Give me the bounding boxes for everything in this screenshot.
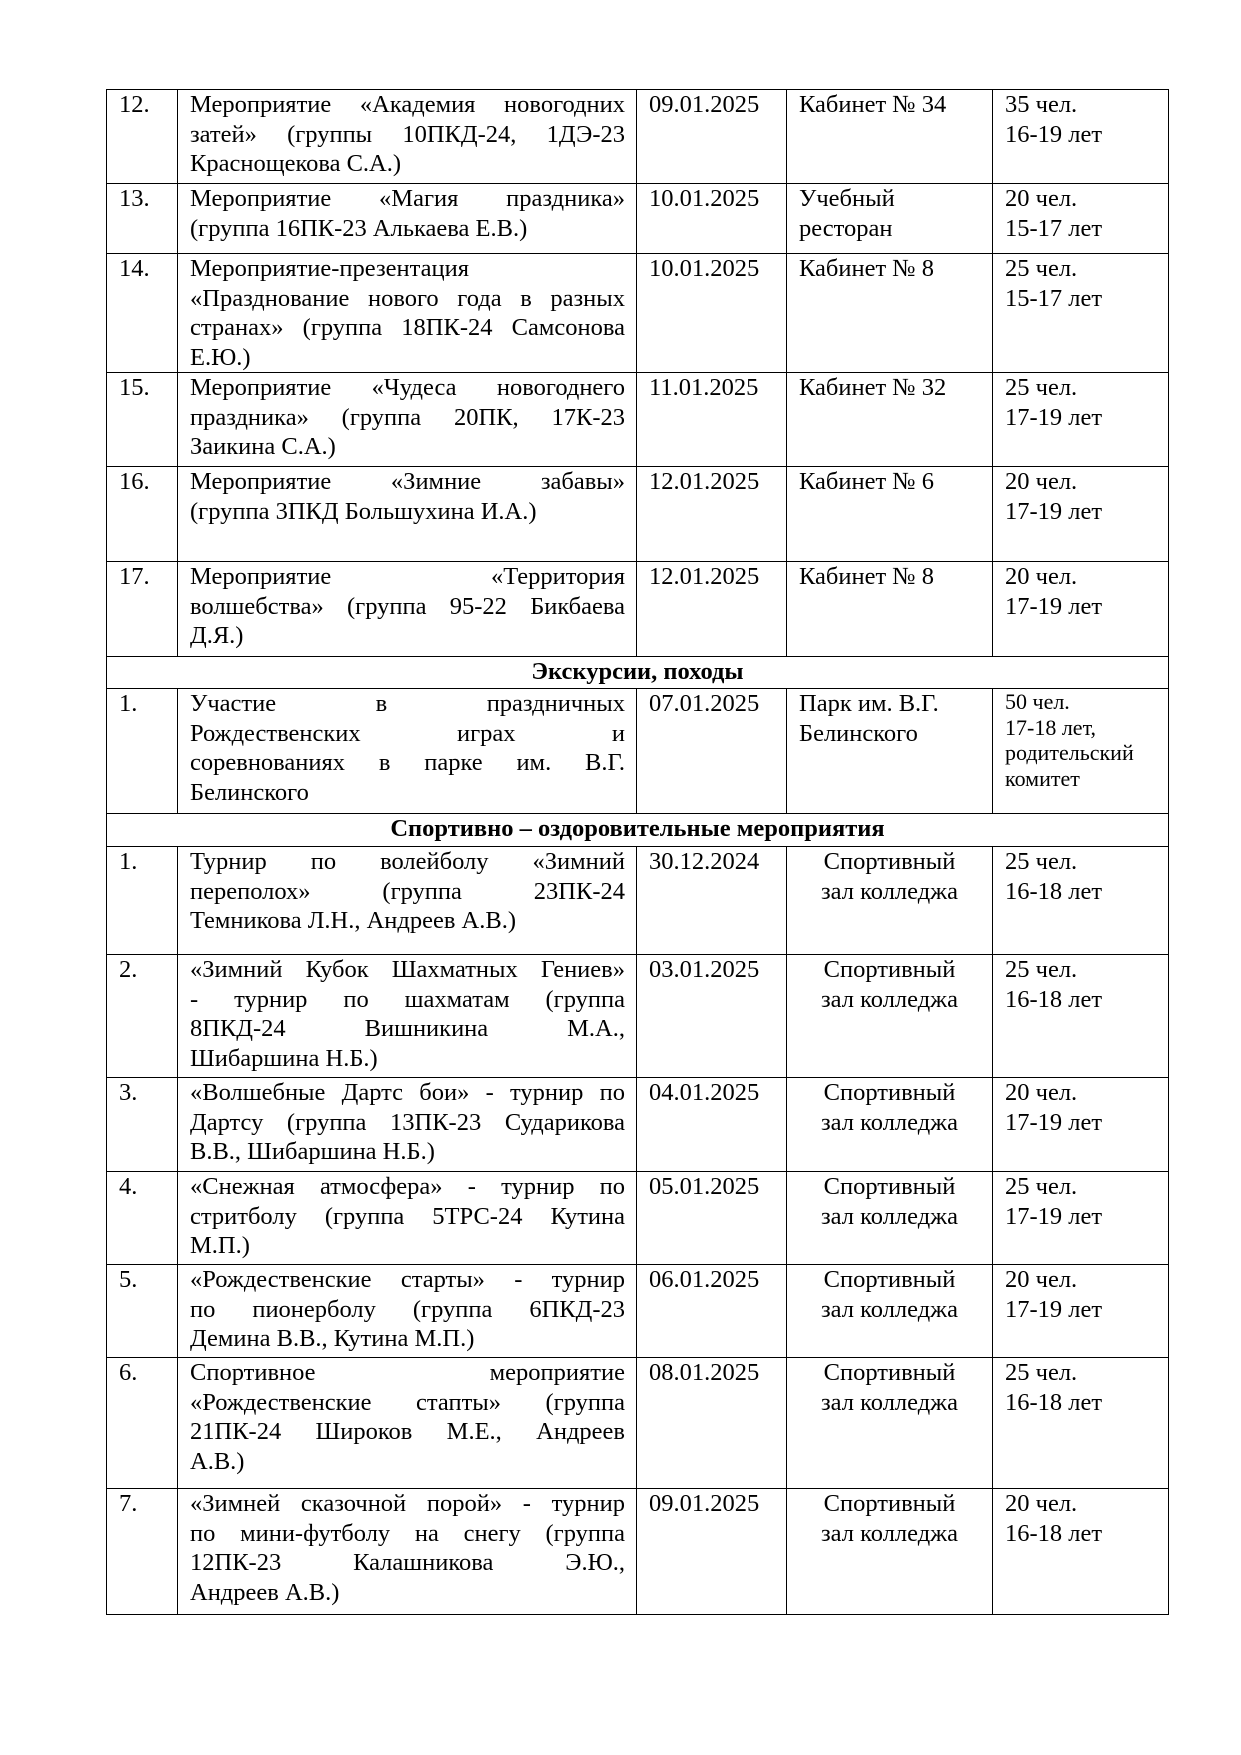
event-participants-line: 25 чел. [1005, 847, 1157, 877]
event-participants-line: 15-17 лет [1005, 284, 1157, 314]
event-participants-line: 25 чел. [1005, 1172, 1157, 1202]
event-participants-line: комитет [1005, 766, 1157, 792]
event-participants-line: 16-18 лет [1005, 985, 1157, 1015]
event-name-line: Заикина С.А.) [190, 432, 625, 462]
table-row: 4.«Снежная атмосфера» - турнир постритбо… [107, 1172, 1169, 1265]
event-place: Кабинет № 34 [787, 90, 993, 184]
event-participants-line: 17-18 лет, [1005, 715, 1157, 741]
event-name-line: Шибаршина Н.Б.) [190, 1044, 625, 1074]
event-participants: 20 чел.17-19 лет [993, 562, 1169, 657]
event-name-line: Спортивное мероприятие [190, 1358, 625, 1388]
event-name-line: Рождественских играх и [190, 719, 625, 749]
event-name-line: Участие в праздничных [190, 689, 625, 719]
event-name-line: А.В.) [190, 1447, 625, 1477]
event-date: 05.01.2025 [637, 1172, 787, 1265]
event-name: Турнир по волейболу «Зимнийпереполох» (г… [178, 847, 637, 955]
event-name-line: затей» (группы 10ПКД-24, 1ДЭ-23 [190, 120, 625, 150]
event-participants-line: 16-18 лет [1005, 877, 1157, 907]
row-number: 3. [107, 1078, 178, 1172]
event-name-line: 21ПК-24 Широков М.Е., Андреев [190, 1417, 625, 1447]
event-name: Участие в праздничныхРождественских игра… [178, 689, 637, 814]
event-name-line: (группа 16ПК-23 Алькаева Е.В.) [190, 214, 625, 244]
event-name-line: Мероприятие «Академия новогодних [190, 90, 625, 120]
event-name-line: по мини-футболу на снегу (группа [190, 1519, 625, 1549]
event-name-line: Темникова Л.Н., Андреев А.В.) [190, 906, 625, 936]
row-number: 15. [107, 373, 178, 467]
event-place-line: зал колледжа [791, 1202, 988, 1232]
event-participants-line: 20 чел. [1005, 467, 1157, 497]
event-place-line: Кабинет № 32 [799, 373, 981, 403]
row-number: 17. [107, 562, 178, 657]
event-name-line: 12ПК-23 Калашникова Э.Ю., [190, 1548, 625, 1578]
event-place: Спортивныйзал колледжа [787, 955, 993, 1078]
event-participants-line: 25 чел. [1005, 1358, 1157, 1388]
event-name-line: Краснощекова С.А.) [190, 149, 625, 179]
event-name: Мероприятие «Академия новогоднихзатей» (… [178, 90, 637, 184]
event-participants-line: 17-19 лет [1005, 1202, 1157, 1232]
event-participants: 25 чел.17-19 лет [993, 373, 1169, 467]
event-place-line: зал колледжа [791, 1519, 988, 1549]
event-name: Мероприятие «Чудеса новогоднегопраздника… [178, 373, 637, 467]
event-date: 06.01.2025 [637, 1265, 787, 1358]
event-name-line: Мероприятие «Магия праздника» [190, 184, 625, 214]
event-date: 12.01.2025 [637, 467, 787, 562]
event-name: «Зимний Кубок Шахматных Гениев»- турнир … [178, 955, 637, 1078]
event-date: 09.01.2025 [637, 90, 787, 184]
event-place: Спортивныйзал колледжа [787, 1078, 993, 1172]
event-place: Кабинет № 6 [787, 467, 993, 562]
section-title: Спортивно – оздоровительные мероприятия [107, 814, 1169, 847]
event-name-line: праздника» (группа 20ПК, 17К-23 [190, 403, 625, 433]
event-name: «Рождественские старты» - турнирпо пионе… [178, 1265, 637, 1358]
event-participants-line: 17-19 лет [1005, 592, 1157, 622]
event-name-line: Е.Ю.) [190, 343, 625, 373]
event-date: 10.01.2025 [637, 184, 787, 254]
event-participants: 25 чел.16-18 лет [993, 847, 1169, 955]
event-name-line: Дартсу (группа 13ПК-23 Сударикова [190, 1108, 625, 1138]
event-place-line: Спортивный [791, 847, 988, 877]
table-row: 12.Мероприятие «Академия новогоднихзатей… [107, 90, 1169, 184]
event-name-line: Белинского [190, 778, 625, 808]
section-title: Экскурсии, походы [107, 657, 1169, 689]
event-name-line: - турнир по шахматам (группа [190, 985, 625, 1015]
event-place-line: Кабинет № 34 [799, 90, 981, 120]
event-place-line: Кабинет № 8 [799, 254, 981, 284]
event-name-line: «Снежная атмосфера» - турнир по [190, 1172, 625, 1202]
event-date: 03.01.2025 [637, 955, 787, 1078]
event-name: «Зимней сказочной порой» - турнирпо мини… [178, 1489, 637, 1615]
event-name-line: Д.Я.) [190, 621, 625, 651]
event-participants: 50 чел.17-18 лет,родительскийкомитет [993, 689, 1169, 814]
table-row: 5.«Рождественские старты» - турнирпо пио… [107, 1265, 1169, 1358]
event-place-line: Кабинет № 6 [799, 467, 981, 497]
event-place-line: Спортивный [791, 1078, 988, 1108]
event-name-line: «Волшебные Дартс бои» - турнир по [190, 1078, 625, 1108]
event-place: Парк им. В.Г.Белинского [787, 689, 993, 814]
event-place: Кабинет № 8 [787, 562, 993, 657]
event-place-line: Спортивный [791, 955, 988, 985]
event-participants-line: 50 чел. [1005, 689, 1157, 715]
event-place-line: Кабинет № 8 [799, 562, 981, 592]
event-place-line: Спортивный [791, 1265, 988, 1295]
row-number: 16. [107, 467, 178, 562]
event-name-line: «Празднование нового года в разных [190, 284, 625, 314]
event-date: 09.01.2025 [637, 1489, 787, 1615]
table-row: 15.Мероприятие «Чудеса новогоднегопраздн… [107, 373, 1169, 467]
event-name: «Снежная атмосфера» - турнир постритболу… [178, 1172, 637, 1265]
event-name-line: переполох» (группа 23ПК-24 [190, 877, 625, 907]
event-name-line: по пионерболу (группа 6ПКД-23 [190, 1295, 625, 1325]
events-table-body: 12.Мероприятие «Академия новогоднихзатей… [107, 90, 1169, 1615]
event-place: Спортивныйзал колледжа [787, 847, 993, 955]
event-participants-line: 20 чел. [1005, 562, 1157, 592]
event-participants-line: 25 чел. [1005, 254, 1157, 284]
event-participants: 25 чел.15-17 лет [993, 254, 1169, 373]
event-name: Спортивное мероприятие«Рождественские ст… [178, 1358, 637, 1489]
event-name-line: странах» (группа 18ПК-24 Самсонова [190, 313, 625, 343]
event-name-line: 8ПКД-24 Вишникина М.А., [190, 1014, 625, 1044]
event-participants-line: 25 чел. [1005, 373, 1157, 403]
event-place: Спортивныйзал колледжа [787, 1265, 993, 1358]
event-name: Мероприятие-презентация«Празднование нов… [178, 254, 637, 373]
table-row: 14.Мероприятие-презентация«Празднование … [107, 254, 1169, 373]
table-row: 1.Участие в праздничныхРождественских иг… [107, 689, 1169, 814]
row-number: 12. [107, 90, 178, 184]
event-participants: 25 чел.17-19 лет [993, 1172, 1169, 1265]
event-name-line: Демина В.В., Кутина М.П.) [190, 1324, 625, 1354]
event-participants-line: 17-19 лет [1005, 1108, 1157, 1138]
event-name-line: Мероприятие «Чудеса новогоднего [190, 373, 625, 403]
event-place-line: ресторан [799, 214, 981, 244]
event-name-line: Андреев А.В.) [190, 1578, 625, 1608]
event-name: Мероприятие «Зимние забавы»(группа 3ПКД … [178, 467, 637, 562]
table-row: 2.«Зимний Кубок Шахматных Гениев»- турни… [107, 955, 1169, 1078]
event-participants-line: 16-18 лет [1005, 1519, 1157, 1549]
event-name-line: Мероприятие «Территория [190, 562, 625, 592]
event-place: Кабинет № 32 [787, 373, 993, 467]
table-row: 6.Спортивное мероприятие«Рождественские … [107, 1358, 1169, 1489]
event-participants-line: 17-19 лет [1005, 497, 1157, 527]
event-name-line: Турнир по волейболу «Зимний [190, 847, 625, 877]
event-date: 11.01.2025 [637, 373, 787, 467]
event-name-line: М.П.) [190, 1231, 625, 1261]
event-participants: 35 чел.16-19 лет [993, 90, 1169, 184]
event-participants: 20 чел.17-19 лет [993, 1078, 1169, 1172]
event-date: 08.01.2025 [637, 1358, 787, 1489]
event-participants-line: 20 чел. [1005, 1078, 1157, 1108]
event-date: 04.01.2025 [637, 1078, 787, 1172]
event-name-line: «Зимний Кубок Шахматных Гениев» [190, 955, 625, 985]
event-place: Спортивныйзал колледжа [787, 1172, 993, 1265]
event-participants: 25 чел.16-18 лет [993, 1358, 1169, 1489]
event-place-line: зал колледжа [791, 1295, 988, 1325]
table-row: 17.Мероприятие «Территорияволшебства» (г… [107, 562, 1169, 657]
row-number: 14. [107, 254, 178, 373]
event-participants: 20 чел.15-17 лет [993, 184, 1169, 254]
event-date: 07.01.2025 [637, 689, 787, 814]
event-place-line: Учебный [799, 184, 981, 214]
events-table: 12.Мероприятие «Академия новогоднихзатей… [106, 89, 1169, 1615]
event-name: Мероприятие «Магия праздника»(группа 16П… [178, 184, 637, 254]
table-row: 1.Турнир по волейболу «Зимнийпереполох» … [107, 847, 1169, 955]
event-name-line: стритболу (группа 5ТРС-24 Кутина [190, 1202, 625, 1232]
row-number: 2. [107, 955, 178, 1078]
event-place: Кабинет № 8 [787, 254, 993, 373]
section-header-row: Спортивно – оздоровительные мероприятия [107, 814, 1169, 847]
event-place: Учебныйресторан [787, 184, 993, 254]
section-header-row: Экскурсии, походы [107, 657, 1169, 689]
event-participants: 20 чел.17-19 лет [993, 467, 1169, 562]
table-row: 13.Мероприятие «Магия праздника»(группа … [107, 184, 1169, 254]
event-participants-line: 35 чел. [1005, 90, 1157, 120]
event-place: Спортивныйзал колледжа [787, 1489, 993, 1615]
event-name-line: соревнованиях в парке им. В.Г. [190, 748, 625, 778]
event-participants-line: 17-19 лет [1005, 1295, 1157, 1325]
event-participants-line: 16-19 лет [1005, 120, 1157, 150]
event-date: 12.01.2025 [637, 562, 787, 657]
event-date: 30.12.2024 [637, 847, 787, 955]
event-participants-line: родительский [1005, 740, 1157, 766]
event-name-line: «Зимней сказочной порой» - турнир [190, 1489, 625, 1519]
event-name-line: Мероприятие-презентация [190, 254, 625, 284]
event-date: 10.01.2025 [637, 254, 787, 373]
event-place-line: Парк им. В.Г. [799, 689, 981, 719]
event-participants-line: 20 чел. [1005, 184, 1157, 214]
table-row: 3.«Волшебные Дартс бои» - турнир поДартс… [107, 1078, 1169, 1172]
event-place-line: Спортивный [791, 1489, 988, 1519]
event-participants-line: 20 чел. [1005, 1265, 1157, 1295]
event-participants: 20 чел.17-19 лет [993, 1265, 1169, 1358]
row-number: 1. [107, 847, 178, 955]
row-number: 13. [107, 184, 178, 254]
event-place-line: зал колледжа [791, 1388, 988, 1418]
event-participants: 20 чел.16-18 лет [993, 1489, 1169, 1615]
event-name-line: волшебства» (группа 95-22 Бикбаева [190, 592, 625, 622]
event-participants-line: 20 чел. [1005, 1489, 1157, 1519]
table-row: 16.Мероприятие «Зимние забавы»(группа 3П… [107, 467, 1169, 562]
event-place-line: Спортивный [791, 1172, 988, 1202]
row-number: 4. [107, 1172, 178, 1265]
event-place-line: зал колледжа [791, 877, 988, 907]
event-name: Мероприятие «Территорияволшебства» (груп… [178, 562, 637, 657]
event-participants-line: 15-17 лет [1005, 214, 1157, 244]
event-place-line: зал колледжа [791, 1108, 988, 1138]
event-participants-line: 17-19 лет [1005, 403, 1157, 433]
event-participants-line: 25 чел. [1005, 955, 1157, 985]
row-number: 7. [107, 1489, 178, 1615]
event-place-line: зал колледжа [791, 985, 988, 1015]
event-place-line: Белинского [799, 719, 981, 749]
event-name-line: (группа 3ПКД Большухина И.А.) [190, 497, 625, 527]
event-place: Спортивныйзал колледжа [787, 1358, 993, 1489]
event-name-line: В.В., Шибаршина Н.Б.) [190, 1137, 625, 1167]
row-number: 5. [107, 1265, 178, 1358]
row-number: 1. [107, 689, 178, 814]
event-participants-line: 16-18 лет [1005, 1388, 1157, 1418]
row-number: 6. [107, 1358, 178, 1489]
table-row: 7.«Зимней сказочной порой» - турнирпо ми… [107, 1489, 1169, 1615]
event-name-line: Мероприятие «Зимние забавы» [190, 467, 625, 497]
event-name: «Волшебные Дартс бои» - турнир поДартсу … [178, 1078, 637, 1172]
document-page: 12.Мероприятие «Академия новогоднихзатей… [0, 0, 1241, 1755]
event-name-line: «Рождественские старты» - турнир [190, 1265, 625, 1295]
event-place-line: Спортивный [791, 1358, 988, 1388]
event-name-line: «Рождественские стапты» (группа [190, 1388, 625, 1418]
event-participants: 25 чел.16-18 лет [993, 955, 1169, 1078]
